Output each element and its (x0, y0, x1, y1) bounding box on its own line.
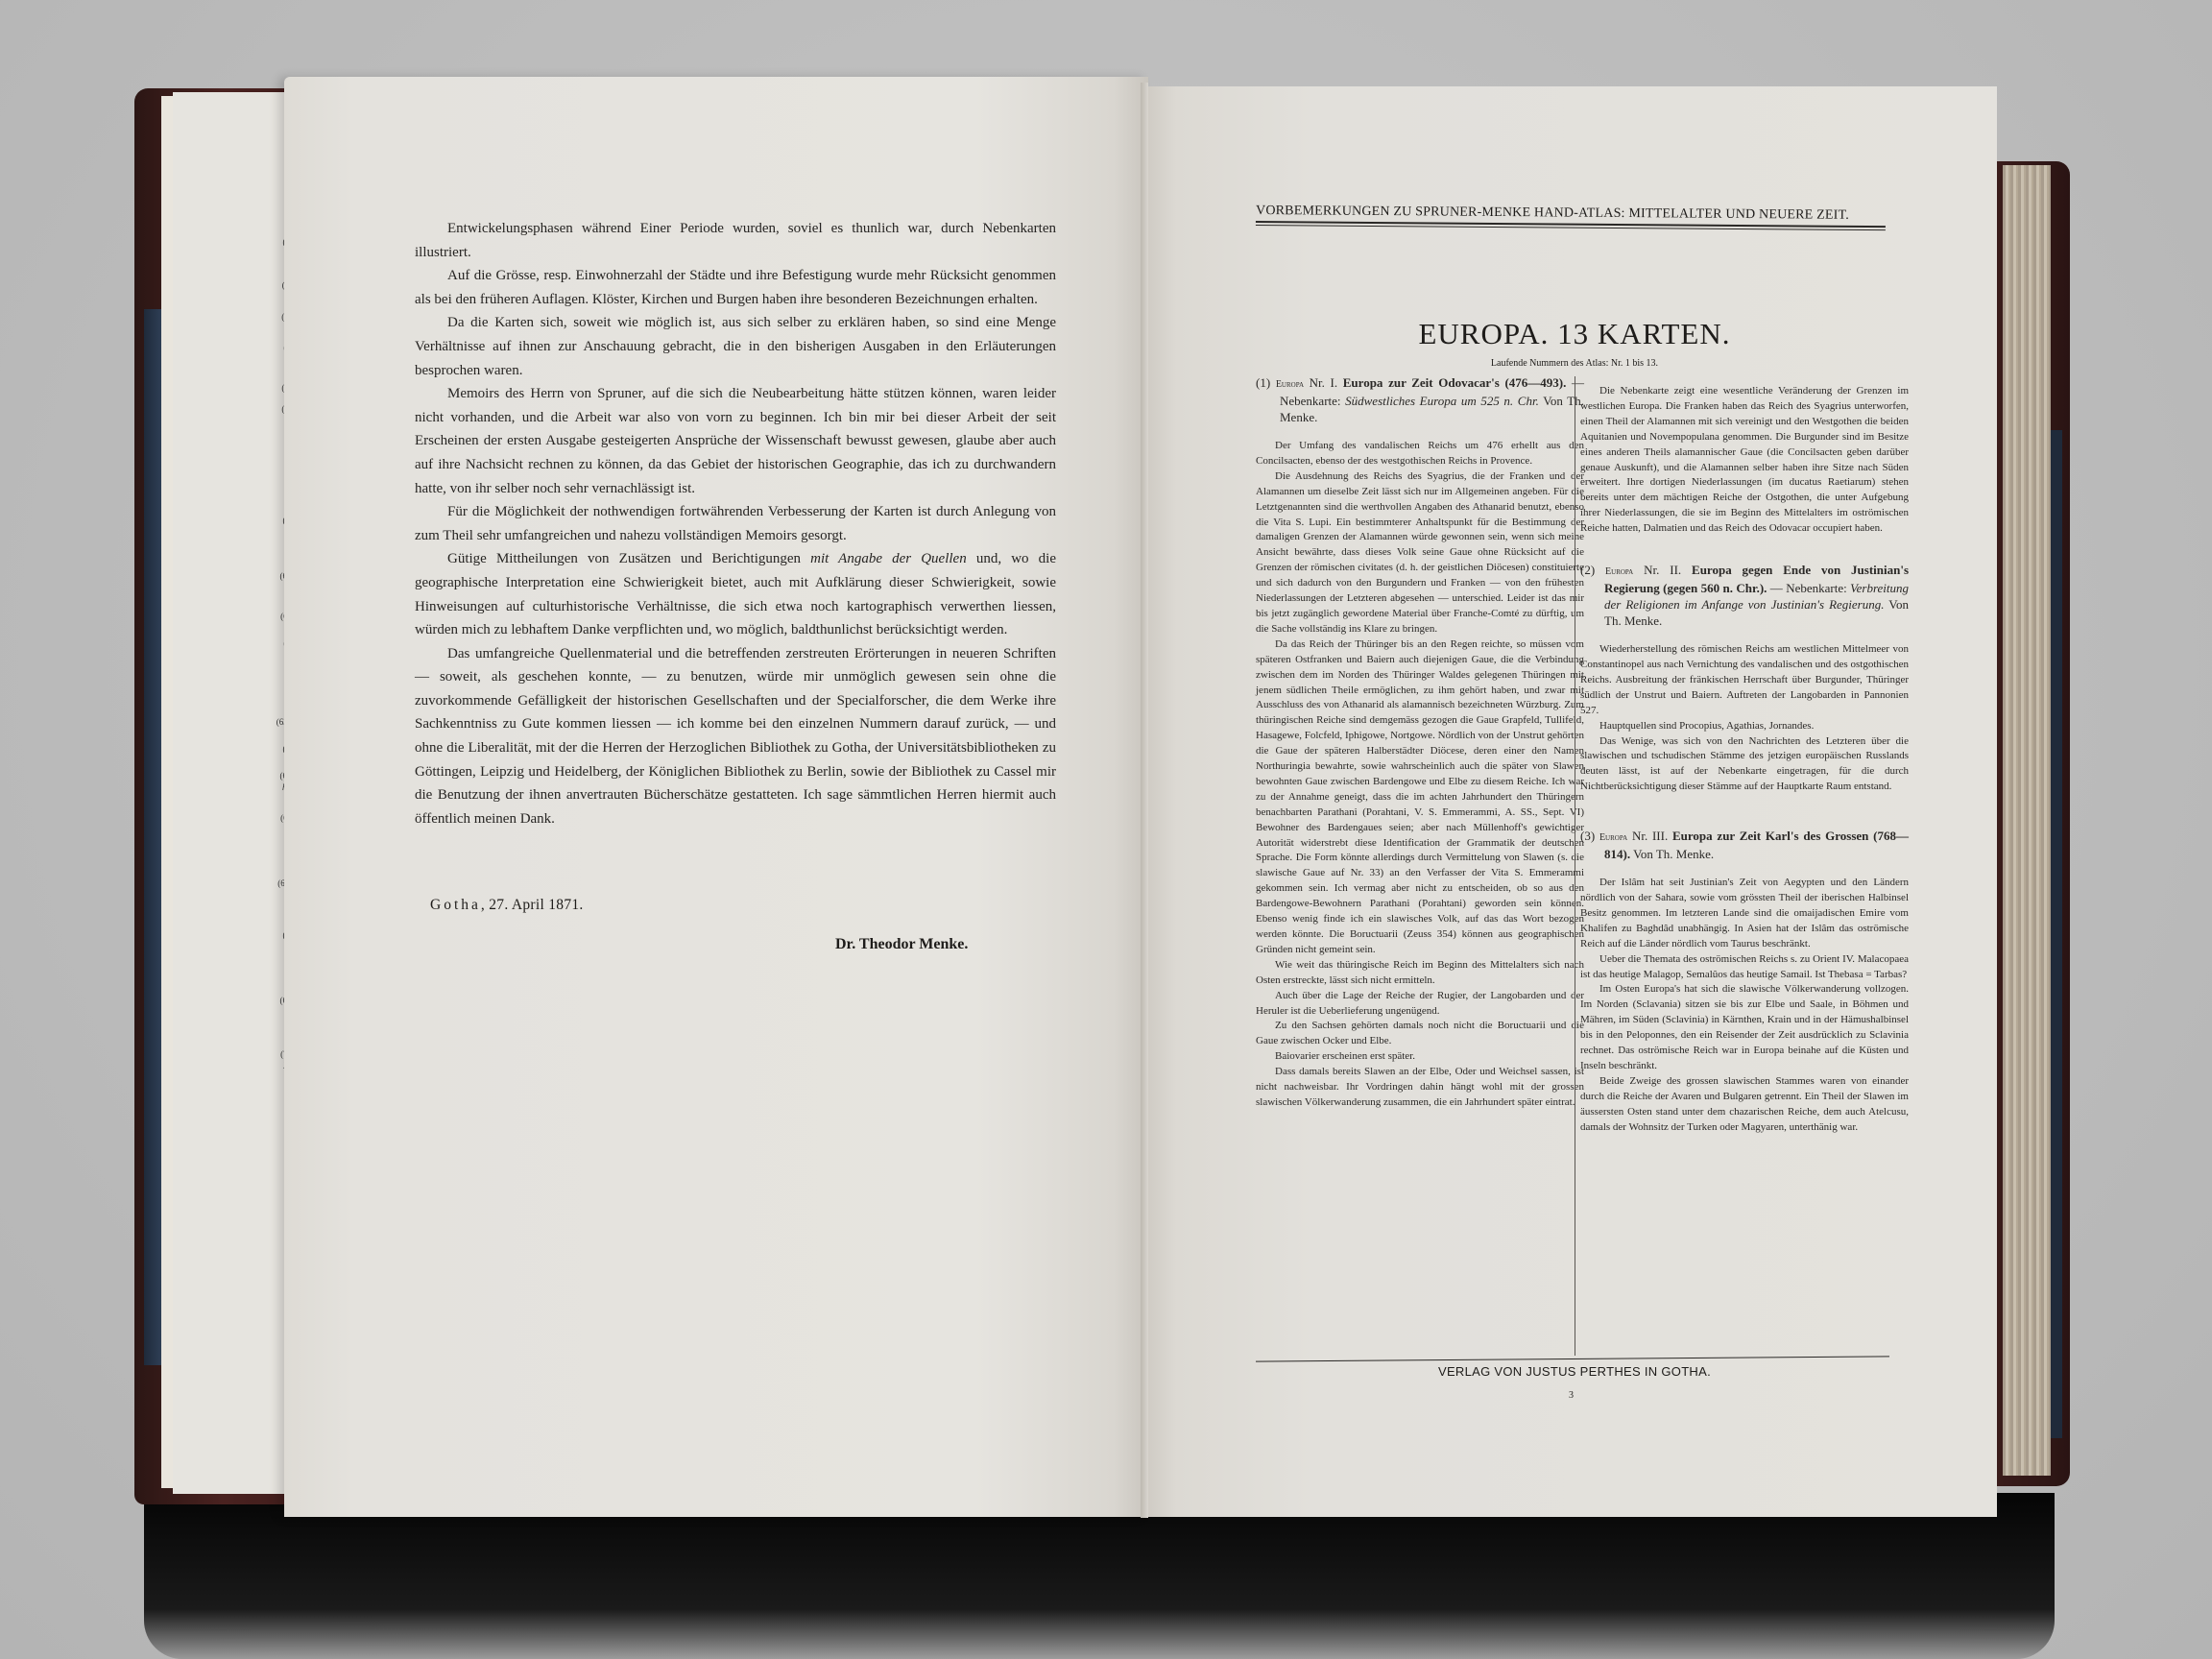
column-divider (1575, 376, 1575, 1356)
signature: Dr. Theodor Menke. (835, 936, 968, 953)
entry-heading-3: (3) Europa Nr. III. Europa zur Zeit Karl… (1580, 828, 1909, 862)
section-title: EUROPA. 13 KARTEN. (1248, 317, 1901, 351)
paragraph: Im Osten Europa's hat sich die slawische… (1580, 982, 1909, 1073)
italic-run: mit Angabe der Quellen (810, 551, 967, 566)
section-subtitle: Laufende Nummern des Atlas: Nr. 1 bis 13… (1248, 358, 1901, 369)
paragraph: Wiederherstellung des römischen Reichs a… (1580, 642, 1909, 719)
entry-nr: Nr. II. (1644, 563, 1681, 577)
paragraph: Memoirs des Herrn von Spruner, auf die s… (415, 382, 1056, 500)
entry-map-title: Europa zur Zeit Odovacar's (476—493). (1343, 375, 1567, 390)
paragraph: Da das Reich der Thüringer bis an den Re… (1256, 637, 1584, 958)
page-fore-edge (2003, 165, 2051, 1476)
paragraph: Der Islâm hat seit Justinian's Zeit von … (1580, 876, 1909, 952)
paragraph: Der Umfang des vandalischen Reichs um 47… (1256, 439, 1584, 469)
paragraph: Auch über die Lage der Reiche der Rugier… (1256, 989, 1584, 1020)
entry-number: (3) (1580, 829, 1595, 843)
spacer (1580, 795, 1909, 828)
entry-heading-2: (2) Europa Nr. II. Europa gegen Ende von… (1580, 562, 1909, 629)
paragraph: Dass damals bereits Slawen an der Elbe, … (1256, 1065, 1584, 1111)
paragraph: Hauptquellen sind Procopius, Agathias, J… (1580, 719, 1909, 734)
cover-band (2049, 430, 2062, 1438)
entry-series: Europa (1599, 832, 1627, 843)
entry-series: Europa (1605, 566, 1633, 577)
column-left: (1) Europa Nr. I. Europa zur Zeit Odovac… (1256, 374, 1584, 1111)
book-gutter (1141, 83, 1148, 1518)
date-line: Gotha, 27. April 1871. (430, 897, 584, 914)
entry-number: (1) (1256, 375, 1270, 390)
entry-nr: Nr. I. (1310, 375, 1337, 390)
publisher-footer: VERLAG VON JUSTUS PERTHES IN GOTHA. (1248, 1364, 1901, 1379)
entry-number: (2) (1580, 563, 1595, 577)
page-number: 3 (1569, 1390, 1574, 1401)
paragraph: Da die Karten sich, soweit wie möglich i… (415, 311, 1056, 382)
paragraph: Zu den Sachsen gehörten damals noch nich… (1256, 1019, 1584, 1049)
paragraph: Baiovarier erscheinen erst später. (1256, 1049, 1584, 1065)
paragraph: Auf die Grösse, resp. Einwohnerzahl der … (415, 264, 1056, 311)
paragraph: Für die Möglichkeit der nothwendigen for… (415, 500, 1056, 547)
date-place: Gotha (430, 897, 481, 913)
spacer (1580, 537, 1909, 562)
entry-inset-title: Südwestliches Europa um 525 n. Chr. (1345, 394, 1539, 408)
column-right: Die Nebenkarte zeigt eine wesentliche Ve… (1580, 384, 1909, 1136)
paragraph: Gütige Mittheilungen von Zusätzen und Be… (415, 547, 1056, 641)
paragraph: Die Nebenkarte zeigt eine wesentliche Ve… (1580, 384, 1909, 537)
paragraph: Die Ausdehnung des Reichs des Syagrius, … (1256, 469, 1584, 637)
paragraph: Entwickelungsphasen während Einer Period… (415, 217, 1056, 264)
text-run: Gütige Mittheilungen von Zusätzen und Be… (447, 551, 810, 566)
book-shadow (144, 1493, 2055, 1659)
cover-band (144, 309, 161, 1365)
paragraph: Ueber die Themata des oströmischen Reich… (1580, 952, 1909, 983)
paragraph: Wie weit das thüringische Reich im Begin… (1256, 958, 1584, 989)
entry-nr: Nr. III. (1632, 829, 1668, 843)
preface-text: Entwickelungsphasen während Einer Period… (415, 217, 1056, 830)
paragraph: Beide Zweige des grossen slawischen Stam… (1580, 1074, 1909, 1136)
entry-heading-1: (1) Europa Nr. I. Europa zur Zeit Odovac… (1256, 374, 1584, 425)
paragraph: Das umfangreiche Quellenmaterial und die… (415, 642, 1056, 831)
entry-series: Europa (1276, 379, 1304, 390)
entry-author: Von Th. Menke. (1630, 847, 1714, 861)
text-run: — Nebenkarte: (1767, 581, 1850, 595)
date-value: , 27. April 1871. (481, 897, 584, 913)
paragraph: Das Wenige, was sich von den Nachrichten… (1580, 734, 1909, 796)
